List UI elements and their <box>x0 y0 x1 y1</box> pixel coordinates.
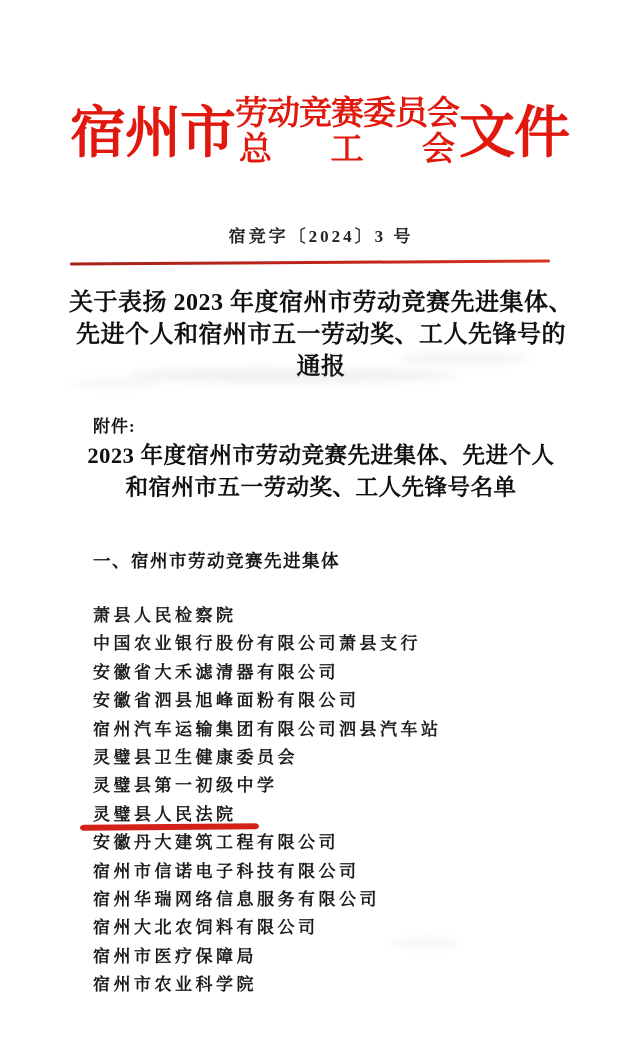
letterhead-org-char: 工 <box>331 132 364 168</box>
list-item: 灵璧县第一初级中学 <box>93 772 593 800</box>
list-item: 安徽丹大建筑工程有限公司 <box>93 829 593 857</box>
main-title-line: 通报 <box>30 351 612 383</box>
list-item: 宿州大北农饲料有限公司 <box>93 914 593 942</box>
red-divider-rule <box>70 260 550 266</box>
list-item: 安徽省泗县旭峰面粉有限公司 <box>93 687 593 715</box>
list-item: 宿州市医疗保障局 <box>93 943 593 971</box>
doc-number: 宿竞字〔2024〕3 号 <box>0 222 642 247</box>
letterhead-org-char: 会 <box>422 132 455 168</box>
list-item: 宿州汽车运输集团有限公司泗县汽车站 <box>93 716 593 744</box>
list-item-highlighted: 灵璧县人民法院 <box>93 801 593 829</box>
main-title-line: 先进个人和宿州市五一劳动奖、工人先锋号的 <box>30 319 612 351</box>
letterhead-org-block: 劳动竞赛委员会 总 工 会 <box>235 96 459 169</box>
letterhead: 宿州市 劳动竞赛委员会 总 工 会 文件 <box>70 92 550 176</box>
letterhead-city: 宿州市 <box>70 106 235 162</box>
attachment-title-line: 和宿州市五一劳动奖、工人先锋号名单 <box>30 472 612 504</box>
list-item: 宿州市农业科学院 <box>93 971 593 999</box>
list-item: 安徽省大禾滤清器有限公司 <box>93 659 593 687</box>
list-item-text: 灵璧县人民法院 <box>93 805 237 824</box>
scanned-document-page: 宿州市 劳动竞赛委员会 总 工 会 文件 宿竞字〔2024〕3 号 关于表扬 2… <box>0 0 642 1045</box>
list-item: 宿州市信诺电子科技有限公司 <box>93 858 593 886</box>
list-item: 中国农业银行股份有限公司萧县支行 <box>93 630 593 658</box>
section-heading: 一、宿州市劳动竞赛先进集体 <box>93 548 340 573</box>
attachment-label: 附件: <box>93 412 136 437</box>
main-title: 关于表扬 2023 年度宿州市劳动竞赛先进集体、 先进个人和宿州市五一劳动奖、工… <box>30 287 612 383</box>
letterhead-org-line1: 劳动竞赛委员会 <box>235 96 459 132</box>
letterhead-org-line2: 总 工 会 <box>235 132 459 168</box>
winner-list: 萧县人民检察院 中国农业银行股份有限公司萧县支行 安徽省大禾滤清器有限公司 安徽… <box>93 602 593 999</box>
main-title-line: 关于表扬 2023 年度宿州市劳动竞赛先进集体、 <box>30 287 612 319</box>
attachment-title: 2023 年度宿州市劳动竞赛先进集体、先进个人 和宿州市五一劳动奖、工人先锋号名… <box>30 440 612 504</box>
list-item: 萧县人民检察院 <box>93 602 593 630</box>
attachment-title-line: 2023 年度宿州市劳动竞赛先进集体、先进个人 <box>30 440 612 472</box>
letterhead-org-char: 总 <box>239 132 272 168</box>
list-item: 宿州华瑞网络信息服务有限公司 <box>93 886 593 914</box>
list-item: 灵璧县卫生健康委员会 <box>93 744 593 772</box>
letterhead-docword: 文件 <box>459 106 569 162</box>
